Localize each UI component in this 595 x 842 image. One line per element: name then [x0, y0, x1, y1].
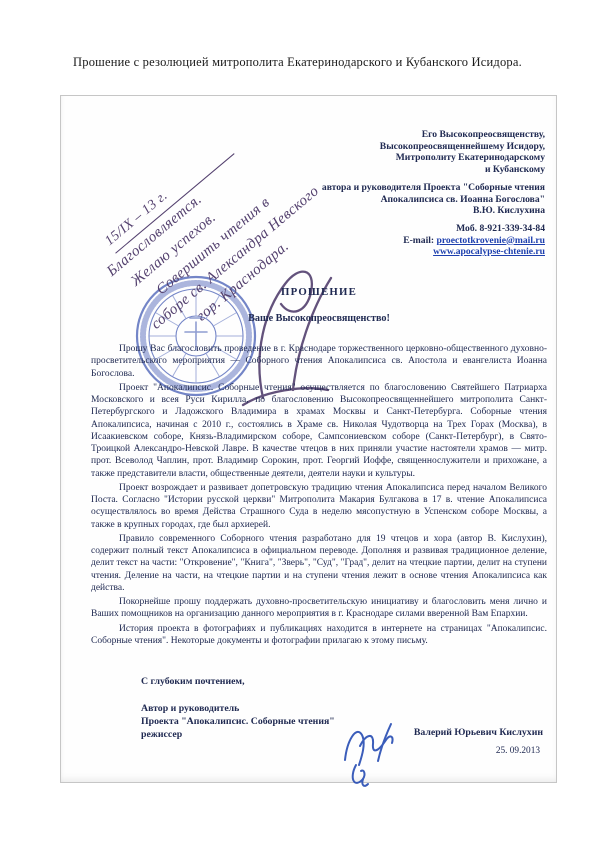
paragraph: Правило современного Соборного чтения ра…	[91, 533, 547, 594]
scanned-letter: Его Высокопреосвященству, Высокопреосвящ…	[60, 95, 557, 783]
email-label: E-mail:	[403, 235, 436, 246]
salutation: Ваше Высокопреосвященство!	[91, 313, 547, 324]
paragraph: Проект "Апокалипсис. Соборные чтения" ос…	[91, 382, 547, 480]
author-signature-icon	[333, 708, 418, 793]
page: { "caption": "Прошение с резолюцией митр…	[0, 0, 595, 842]
phone-line: Моб. 8-921-339-34-84	[322, 223, 545, 235]
sender-line: В.Ю. Кислухина	[322, 205, 545, 217]
closing-phrase: С глубоким почтением,	[141, 676, 245, 687]
letter-body: Прошу Вас благословить проведение в г. К…	[91, 343, 547, 649]
signoff-line: режиссер	[141, 728, 335, 741]
letter-date: 25. 09.2013	[496, 746, 540, 756]
paragraph: Покорнейше прошу поддержать духовно-прос…	[91, 596, 547, 621]
paragraph: История проекта в фотографиях и публикац…	[91, 623, 547, 648]
signoff-line: Автор и руководитель	[141, 702, 335, 715]
signatory-name: Валерий Юрьевич Кислухин	[414, 727, 543, 738]
email-link: proectotkrovenie@mail.ru	[437, 235, 546, 246]
paragraph: Прошу Вас благословить проведение в г. К…	[91, 343, 547, 380]
paragraph: Проект возрождает и развивает допетровск…	[91, 482, 547, 531]
email-line: E-mail: proectotkrovenie@mail.ru	[322, 235, 545, 247]
letter-title: ПРОШЕНИЕ	[91, 286, 547, 298]
website-link: www.apocalypse-chtenie.ru	[322, 246, 545, 258]
signoff-block: Автор и руководитель Проекта "Апокалипси…	[141, 702, 335, 741]
signoff-line: Проекта "Апокалипсис. Соборные чтения"	[141, 715, 335, 728]
